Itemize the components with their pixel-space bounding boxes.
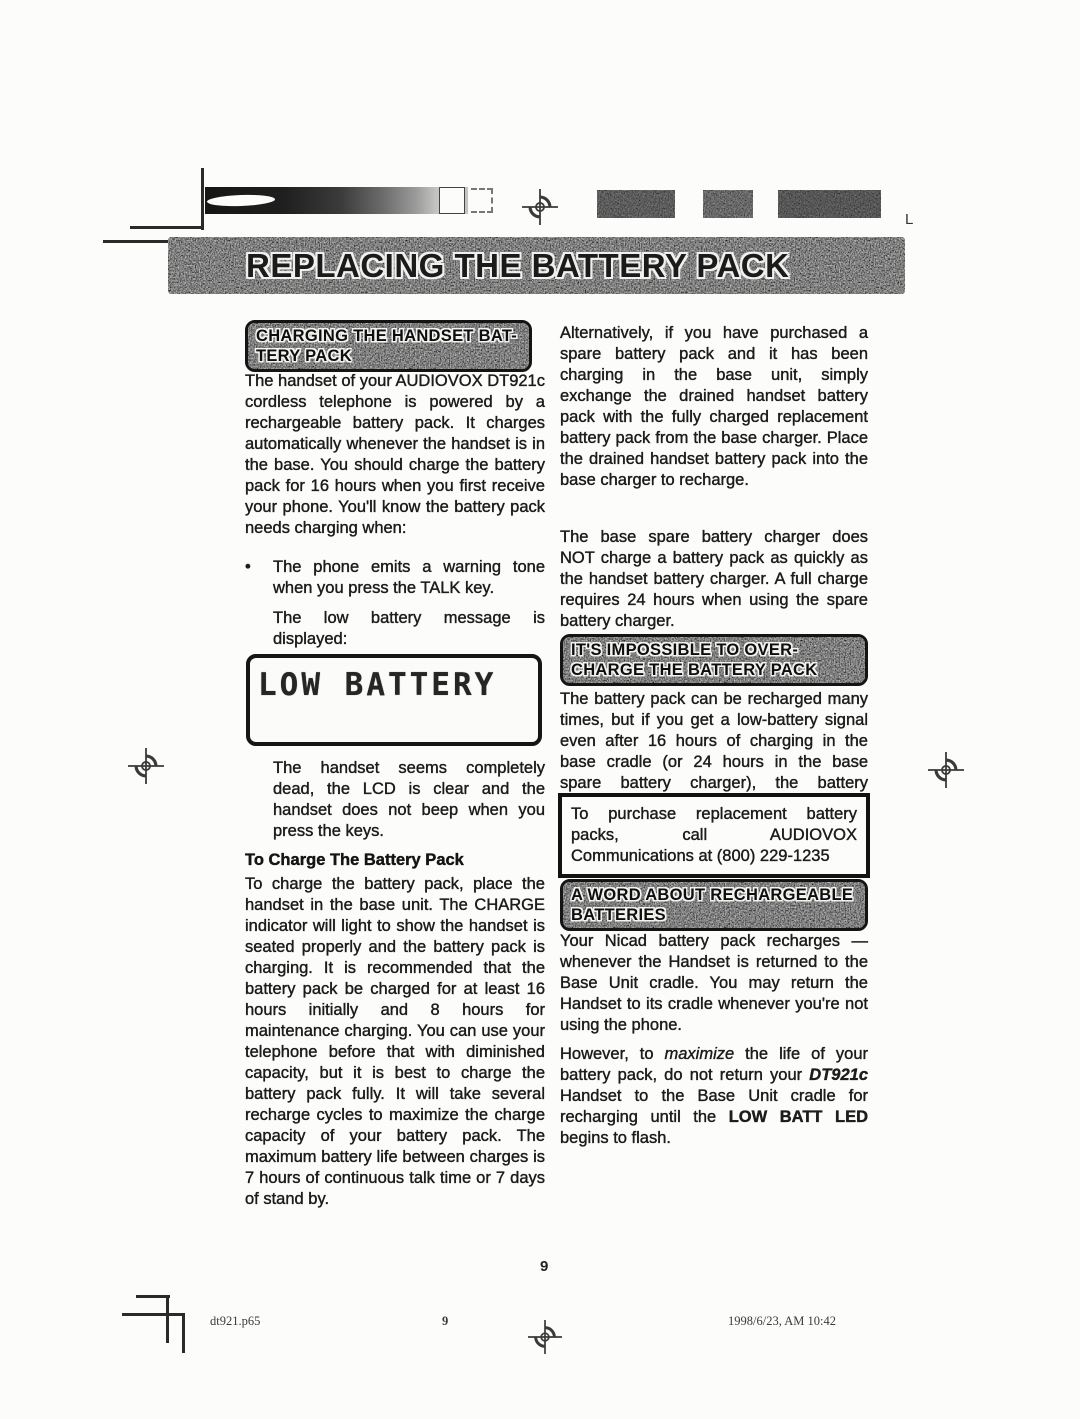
text-run-bold-italic: DT921c: [809, 1066, 868, 1084]
footer-page-number: 9: [442, 1314, 448, 1329]
registration-mark-icon: [522, 189, 558, 225]
text-run-bold: LOW BATT LED: [729, 1108, 868, 1126]
heading-to-charge-battery-pack: To Charge The Battery Pack: [245, 851, 545, 870]
paragraph-low-battery-message: The low battery message is displayed:: [245, 608, 545, 650]
bullet-item-warning-tone: • The phone emits a warning tone when yo…: [245, 557, 545, 599]
calibration-ellipse: [207, 194, 275, 207]
registration-mark-icon: [128, 748, 164, 784]
manual-page: L REPLACING THE BATTERY PACK CHARGING TH…: [0, 0, 1080, 1419]
footer-file-name: dt921.p65: [210, 1314, 260, 1329]
lcd-display-box: LOW BATTERY: [246, 654, 542, 746]
heading-line: BATTERIES: [571, 905, 857, 925]
paragraph-maximize-life: However, to maximize the life of your ba…: [560, 1044, 868, 1149]
calibration-block: [778, 190, 881, 218]
corner-letter: L: [905, 211, 913, 228]
section-banner: REPLACING THE BATTERY PACK: [168, 237, 905, 294]
calibration-block: [597, 190, 675, 218]
paragraph-intro: The handset of your AUDIOVOX DT921c cord…: [245, 371, 545, 539]
paragraph-base-spare-charger: The base spare battery charger does NOT …: [560, 527, 868, 632]
lcd-display-text: LOW BATTERY: [250, 658, 538, 703]
page-number: 9: [540, 1258, 548, 1275]
heading-word-about-rechargeable: A WORD ABOUT RECHARGEABLE BATTERIES: [560, 879, 868, 931]
heading-line: CHARGE THE BATTERY PACK: [571, 660, 857, 680]
heading-line: IT'S IMPOSSIBLE TO OVER-: [571, 640, 857, 660]
page-title: REPLACING THE BATTERY PACK: [246, 247, 789, 285]
bullet-marker: •: [245, 557, 273, 599]
calibration-gradient-bar: [205, 187, 468, 214]
heading-charging-handset-battery-pack: CHARGING THE HANDSET BAT- TERY PACK: [245, 320, 532, 372]
paragraph-nicad-recharges: Your Nicad battery pack recharges — when…: [560, 931, 868, 1036]
paragraph-alternatively: Alternatively, if you have purchased a s…: [560, 323, 868, 491]
heading-line: TERY PACK: [256, 346, 521, 366]
text-run-italic: maximize: [665, 1045, 735, 1063]
replacement-battery-note-box: To purchase replacement battery packs, c…: [558, 793, 870, 878]
registration-mark-icon: [528, 1320, 562, 1354]
paragraph-charge-instructions: To charge the battery pack, place the ha…: [245, 874, 545, 1210]
bullet-text: The phone emits a warning tone when you …: [273, 557, 545, 599]
text-run: However, to: [560, 1045, 665, 1063]
footer-timestamp: 1998/6/23, AM 10:42: [728, 1314, 836, 1329]
heading-line: A WORD ABOUT RECHARGEABLE: [571, 885, 857, 905]
heading-line: CHARGING THE HANDSET BAT-: [256, 326, 521, 346]
heading-impossible-to-overcharge: IT'S IMPOSSIBLE TO OVER- CHARGE THE BATT…: [560, 634, 868, 686]
text-run: begins to flash.: [560, 1129, 671, 1147]
calibration-dashed-tail: [471, 188, 493, 213]
registration-mark-icon: [928, 752, 964, 788]
note-text: To purchase replacement battery packs, c…: [571, 804, 857, 867]
paragraph-handset-dead: The handset seems completely dead, the L…: [245, 758, 545, 842]
calibration-block: [703, 190, 753, 218]
calibration-white-patch: [439, 187, 465, 214]
